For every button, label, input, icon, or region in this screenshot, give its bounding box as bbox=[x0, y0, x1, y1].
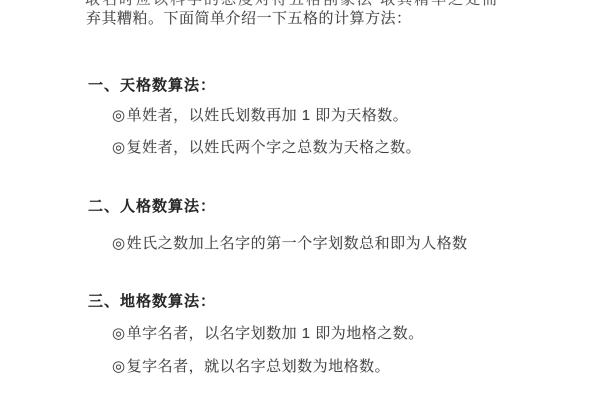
bullet-icon: ◎ bbox=[112, 324, 126, 344]
bullet-icon: ◎ bbox=[112, 357, 126, 377]
bullet-text: 单姓者，以姓氏划数再加 1 即为天格数。 bbox=[127, 106, 409, 126]
bullet-text: 复姓者，以姓氏两个字之总数为天格之数。 bbox=[127, 138, 422, 158]
intro-line: 弃其糟粕。下面简单介绍一下五格的计算方法： bbox=[86, 9, 412, 29]
bullet-text: 单字名者，以名字划数加 1 即为地格之数。 bbox=[127, 324, 424, 344]
section-3-bullet-2: ◎ 复字名者，就以名字总划数为地格数。 bbox=[112, 357, 390, 377]
clipped-top-line-text: 取名时应以科学的态度对待五格剖象法 取其精华之处而 bbox=[85, 0, 499, 6]
bullet-text: 姓氏之数加上名字的第一个字划数总和即为人格数 bbox=[127, 234, 468, 254]
section-1-bullet-1: ◎ 单姓者，以姓氏划数再加 1 即为天格数。 bbox=[112, 106, 408, 126]
section-3-bullet-1: ◎ 单字名者，以名字划数加 1 即为地格之数。 bbox=[112, 324, 424, 344]
section-1-heading: 一、天格数算法： bbox=[88, 76, 216, 96]
clipped-top-line: 取名时应以科学的态度对待五格剖象法 取其精华之处而 bbox=[85, 0, 550, 6]
bullet-text: 复字名者，就以名字总划数为地格数。 bbox=[127, 357, 391, 377]
section-2-heading: 二、人格数算法： bbox=[88, 197, 216, 217]
document-page: 取名时应以科学的态度对待五格剖象法 取其精华之处而 弃其糟粕。下面简单介绍一下五… bbox=[0, 0, 600, 400]
section-1-bullet-2: ◎ 复姓者，以姓氏两个字之总数为天格之数。 bbox=[112, 138, 421, 158]
bullet-icon: ◎ bbox=[112, 234, 126, 254]
bullet-icon: ◎ bbox=[112, 106, 126, 126]
section-3-heading: 三、地格数算法： bbox=[88, 292, 216, 312]
bullet-icon: ◎ bbox=[112, 138, 126, 158]
section-2-bullet-1: ◎ 姓氏之数加上名字的第一个字划数总和即为人格数 bbox=[112, 234, 468, 254]
